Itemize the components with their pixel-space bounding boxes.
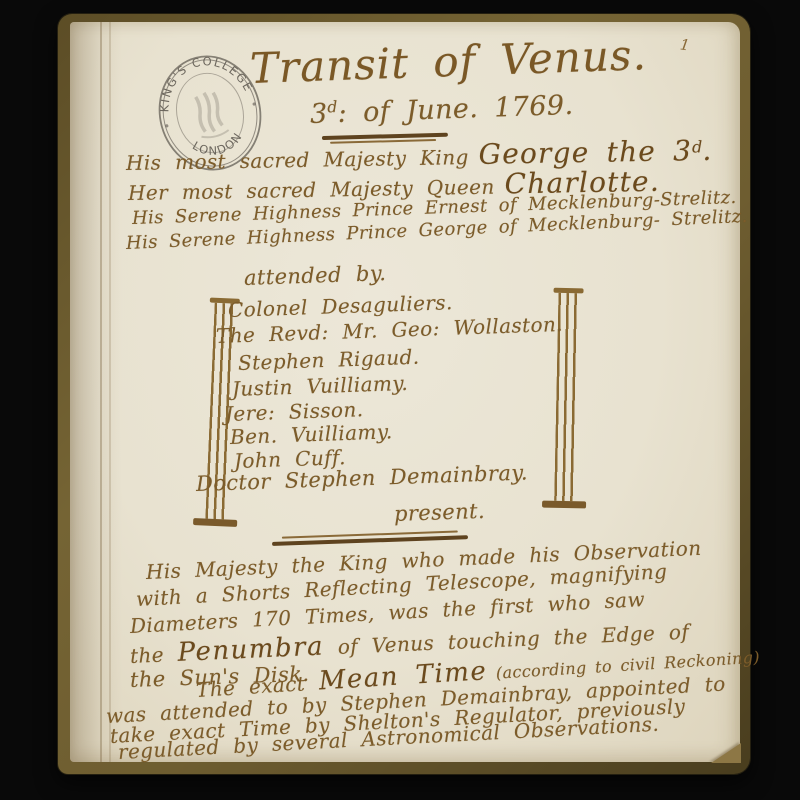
left-bracket-bottom-cap [193,518,237,527]
attended-by-label: attended by. [244,261,387,290]
right-bracket-bottom-cap [542,501,586,509]
book-cover: 1 KING'S COLLEGE LONDON [58,14,750,774]
penumbra-pre: the [130,642,179,668]
page-corner-fold [711,743,741,763]
date-day: 3 [309,98,328,130]
attendee-name: Ben. Vuilliamy. [230,419,393,449]
manuscript-page: 1 KING'S COLLEGE LONDON [70,22,740,762]
stamp-top-arc-text: KING'S COLLEGE [146,43,256,115]
page-number: 1 [679,35,691,54]
present-label: present. [394,499,486,526]
page-gutter-folds [70,22,122,762]
royalty-king-period: . [702,134,713,167]
date-rest: : of June. 1769. [337,90,574,129]
stamp-crest-icon [191,89,229,139]
attendee-name: Justin Vuilliamy. [232,371,409,401]
flourish-rule-middle [272,530,468,546]
title: Transit of Venus. [249,30,647,93]
date-ordinal-sup: d [327,97,338,116]
date-line: 3d: of June. 1769. [309,89,574,130]
